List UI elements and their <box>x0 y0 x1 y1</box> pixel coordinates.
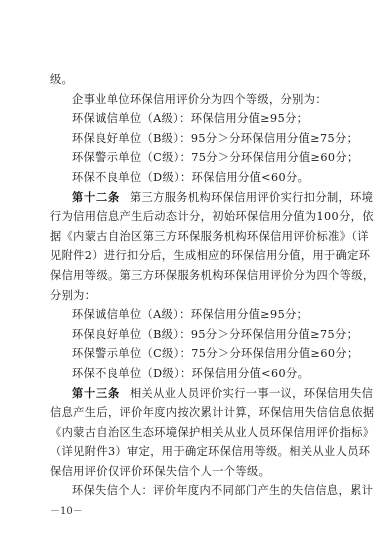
text-line: 环保良好单位（B级）：95分＞分环保信用分值≥75分； <box>50 129 342 149</box>
text-line: 行为信用信息产生后动态计分，初始环保信用分值为100分，依 <box>50 207 342 227</box>
line-text: 级。 <box>50 73 73 86</box>
article-line: 第十二条第三方服务机构环保信用评价实行扣分制，环境 <box>50 188 342 208</box>
line-text: 据《内蒙古自治区第三方环保服务机构环保信用评价标准》（详 <box>50 230 369 243</box>
page-number: －10－ <box>50 502 83 517</box>
line-text: 信息产生后，评价年度内按次累计计算，环保信用失信信息依据 <box>50 406 374 419</box>
text-line: 环保诚信单位（A级）：环保信用分值≥95分； <box>50 305 342 325</box>
text-line: 信息产生后，评价年度内按次累计计算，环保信用失信信息依据 <box>50 403 342 423</box>
line-text: 环保诚信单位（A级）：环保信用分值≥95分； <box>72 112 308 125</box>
text-line: 环保警示单位（C级）：75分＞分环保信用分值≥60分； <box>50 344 342 364</box>
text-line: （详见附件3）审定，用于确定环保信用等级。相关从业人员环 <box>50 442 342 462</box>
line-text: 环保不良单位（D级）：环保信用分值<60分。 <box>72 367 309 380</box>
line-text: 环保诚信单位（A级）：环保信用分值≥95分； <box>72 308 308 321</box>
line-text: 环保警示单位（C级）：75分＞分环保信用分值≥60分； <box>72 151 359 164</box>
article-heading: 第十二条 <box>72 191 120 204</box>
line-text: （详见附件3）审定，用于确定环保信用等级。相关从业人员环 <box>50 445 370 458</box>
text-line: 据《内蒙古自治区第三方环保服务机构环保信用评价标准》（详 <box>50 227 342 247</box>
text-line: 环保诚信单位（A级）：环保信用分值≥95分； <box>50 109 342 129</box>
text-line: 级。 <box>50 70 342 90</box>
text-line: 环保良好单位（B级）：95分＞分环保信用分值≥75分； <box>50 325 342 345</box>
line-text: 第三方服务机构环保信用评价实行扣分制，环境 <box>130 191 373 204</box>
line-text: 企事业单位环保信用评价分为四个等级，分别为： <box>72 93 327 106</box>
line-text: 见附件2）进行扣分后，生成相应的环保信用分值，用于确定环 <box>50 249 370 262</box>
text-line: 《内蒙古自治区生态环境保护相关从业人员环保信用评价指标》 <box>50 423 342 443</box>
text-line: 企事业单位环保信用评价分为四个等级，分别为： <box>50 90 342 110</box>
line-text: 环保警示单位（C级）：75分＞分环保信用分值≥60分； <box>72 347 359 360</box>
line-text: 环保良好单位（B级）：95分＞分环保信用分值≥75分； <box>72 132 358 145</box>
text-line: 分别为： <box>50 286 342 306</box>
line-text: 环保失信个人：评价年度内不同部门产生的失信信息，累计 <box>72 484 373 497</box>
line-text: 保信用评价仅评价环保失信个人一个等级。 <box>50 465 270 478</box>
article-heading: 第十三条 <box>72 387 120 400</box>
text-line: 环保警示单位（C级）：75分＞分环保信用分值≥60分； <box>50 148 342 168</box>
line-text: 环保不良单位（D级）：环保信用分值<60分。 <box>72 171 309 184</box>
line-text: 环保良好单位（B级）：95分＞分环保信用分值≥75分； <box>72 328 358 341</box>
line-text: 《内蒙古自治区生态环境保护相关从业人员环保信用评价指标》 <box>50 426 374 439</box>
document-page: 级。企事业单位环保信用评价分为四个等级，分别为：环保诚信单位（A级）：环保信用分… <box>0 0 390 551</box>
text-line: 环保失信个人：评价年度内不同部门产生的失信信息，累计 <box>50 481 342 501</box>
text-line: 环保不良单位（D级）：环保信用分值<60分。 <box>50 168 342 188</box>
line-text: 行为信用信息产生后动态计分，初始环保信用分值为100分，依 <box>50 210 374 223</box>
line-text: 保信用等级。第三方环保服务机构环保信用评价分为四个等级， <box>50 269 374 282</box>
body-text: 级。企事业单位环保信用评价分为四个等级，分别为：环保诚信单位（A级）：环保信用分… <box>50 70 342 501</box>
line-text: 分别为： <box>50 289 96 302</box>
text-line: 见附件2）进行扣分后，生成相应的环保信用分值，用于确定环 <box>50 246 342 266</box>
text-line: 保信用等级。第三方环保服务机构环保信用评价分为四个等级， <box>50 266 342 286</box>
article-line: 第十三条相关从业人员评价实行一事一议，环保信用失信 <box>50 384 342 404</box>
line-text: 相关从业人员评价实行一事一议，环保信用失信 <box>130 387 373 400</box>
text-line: 保信用评价仅评价环保失信个人一个等级。 <box>50 462 342 482</box>
text-line: 环保不良单位（D级）：环保信用分值<60分。 <box>50 364 342 384</box>
